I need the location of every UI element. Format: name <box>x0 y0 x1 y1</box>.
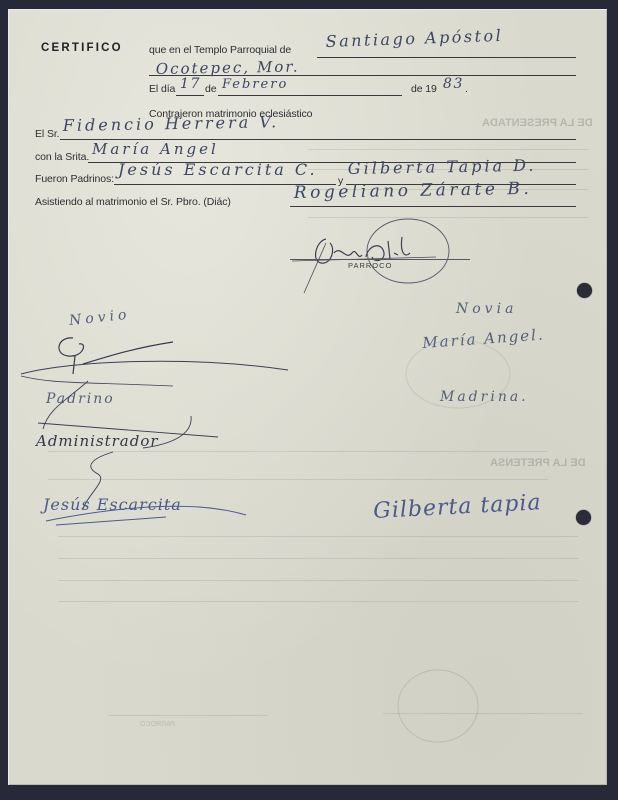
binder-hole <box>576 510 591 525</box>
binder-hole <box>577 283 592 298</box>
bleed-through-rule <box>58 536 578 537</box>
bride-value: María Angel <box>92 140 219 158</box>
bride-label: con la Srita. <box>35 151 89 163</box>
bleed-through-rule <box>58 558 578 559</box>
parish-priest-rule <box>290 259 470 260</box>
bleed-through-rule <box>108 715 268 716</box>
day-rule <box>176 95 204 96</box>
groom-value: Fidencio Herrera V. <box>63 112 280 135</box>
temple-rule <box>317 57 576 58</box>
day-value: 17 <box>180 76 201 92</box>
parish-priest-role: PARROCO <box>348 261 392 270</box>
groom-sign-label: Novio <box>68 307 131 329</box>
bride-sign-label: Novia <box>456 301 517 317</box>
priest-label: Asistiendo al matrimonio el Sr. Pbro. (D… <box>35 196 231 208</box>
godmother-sign-label: Madrina. <box>440 389 529 405</box>
godparents-label: Fueron Padrinos: <box>35 173 114 185</box>
godmother-signature: Gilberta tapia <box>373 490 542 524</box>
temple-value: Santiago Apóstol <box>325 26 503 51</box>
godfather-signature-strike <box>36 481 256 531</box>
temple-label: que en el Templo Parroquial de <box>149 44 291 56</box>
bleed-through-seal <box>393 664 483 754</box>
godmother-value: Gilberta Tapia D. <box>348 156 537 178</box>
certificate-title: CERTIFICO <box>41 42 123 54</box>
priest-value: Rogeliano Zárate B. <box>294 179 533 203</box>
year-suffix: . <box>465 83 468 95</box>
priest-rule <box>290 206 576 207</box>
groom-label: El Sr. <box>35 128 60 140</box>
year-label: de 19 <box>411 83 437 95</box>
bleed-through-rule <box>308 149 588 150</box>
bleed-through-rule <box>58 601 578 602</box>
town-rule <box>149 75 576 76</box>
bleed-through-rule <box>58 580 578 581</box>
month-rule <box>218 95 402 96</box>
godfather-value: Jesús Escarcita C. <box>118 160 318 179</box>
day-label: El día <box>149 83 175 95</box>
year-value: 83 <box>443 76 464 92</box>
certificate-page: DE LA PRESENTADA DE LA PRETENSA PARROCO … <box>8 9 607 785</box>
bleed-through-heading: DE LA PRESENTADA <box>482 117 593 129</box>
month-value: Febrero <box>222 77 288 92</box>
bleed-through-heading: DE LA PRETENSA <box>490 457 586 469</box>
month-label: de <box>205 83 216 95</box>
bleed-through-label: PARROCO <box>140 721 175 728</box>
